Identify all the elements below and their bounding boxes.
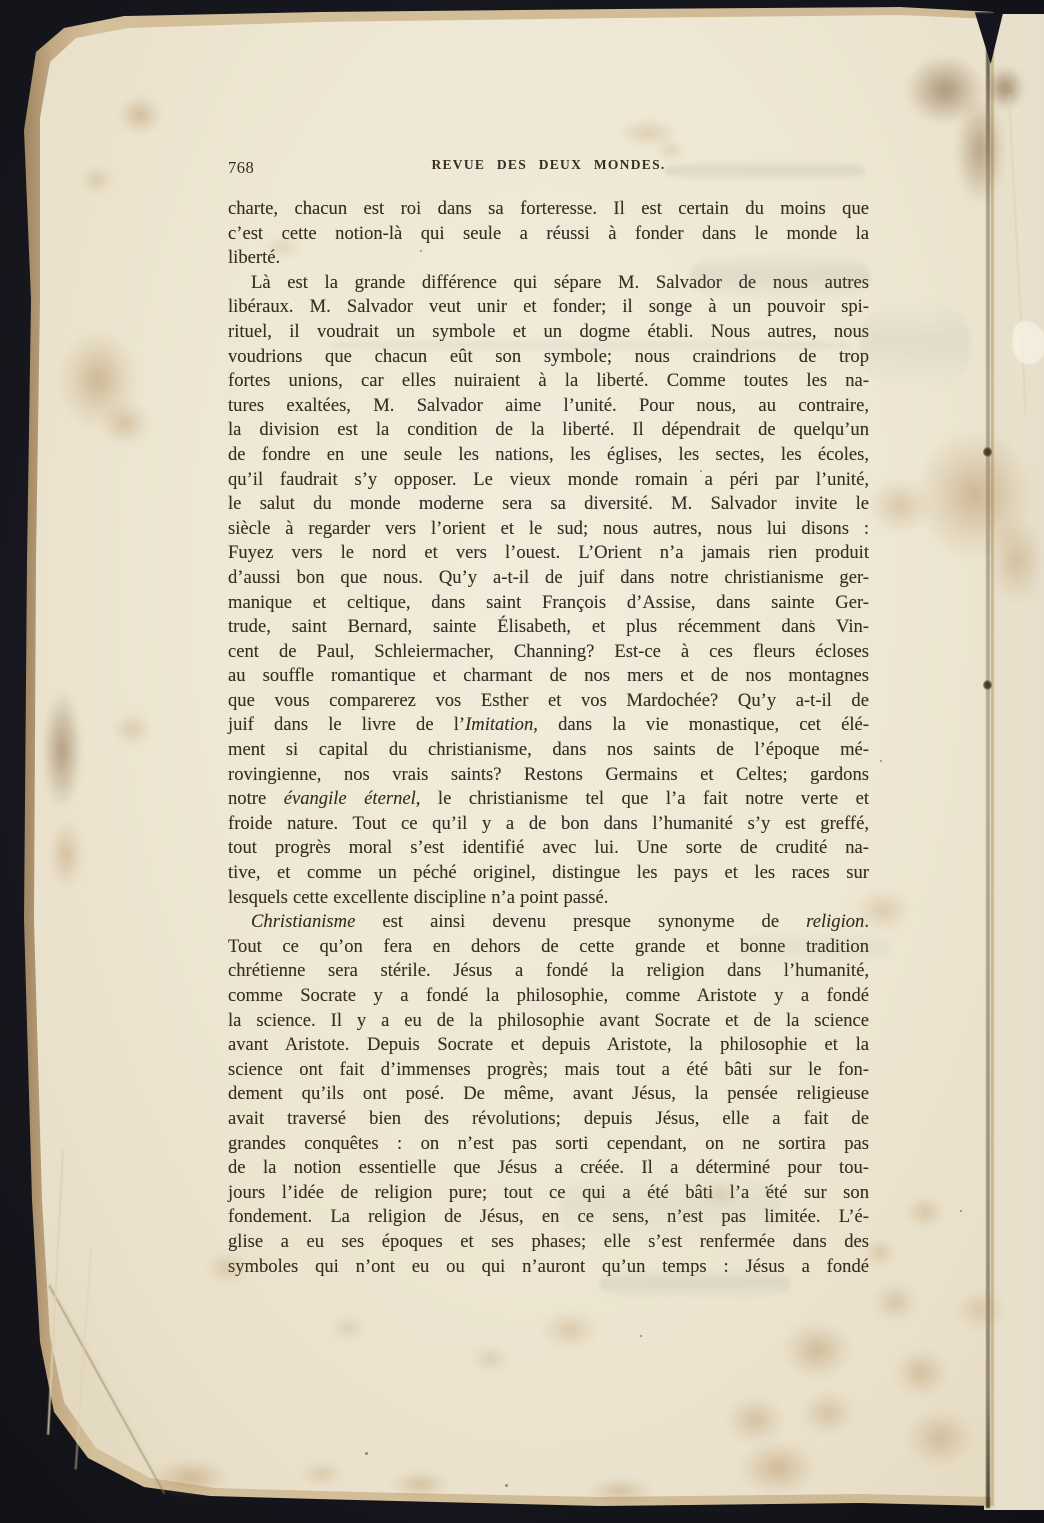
italic-text: Christianisme — [251, 911, 355, 932]
binding-stitch-knot — [983, 680, 992, 690]
text-segment: dement qu’ils ont posé. De même, avant J… — [228, 1083, 869, 1104]
text-segment: Fuyez vers le nord et vers l’ouest. L’Or… — [228, 542, 869, 563]
stain — [540, 1310, 600, 1350]
stain — [585, 1478, 655, 1504]
text-line: fortes unions, car elles nuiraient à la … — [228, 369, 869, 394]
text-segment: siècle à regarder vers l’orient et le su… — [228, 518, 869, 539]
text-line: juif dans le livre de l’Imitation, dans … — [228, 713, 869, 738]
show-through-text — [690, 252, 870, 302]
paper-speck — [520, 905, 522, 907]
stain — [48, 820, 84, 890]
text-segment: tive, et comme un péché originel, distin… — [228, 862, 869, 883]
paper-speck — [420, 250, 422, 252]
stain — [262, 235, 302, 259]
text-segment: manique et celtique, dans saint François… — [228, 592, 869, 613]
stain — [893, 1348, 949, 1398]
text-segment: froide nature. Tout ce qu’il y a de bon … — [228, 813, 869, 834]
text-segment: la science. Il y a eu de la philosophie … — [228, 1010, 869, 1031]
text-segment: d’aussi bon que nous. Qu’y a-t-il de jui… — [228, 567, 869, 588]
stain — [725, 1395, 785, 1445]
text-segment: avait traversé bien des révolutions; dep… — [228, 1108, 869, 1129]
stain — [905, 1408, 975, 1468]
stain — [118, 95, 162, 135]
stain — [300, 1462, 344, 1486]
stain — [205, 1250, 249, 1286]
text-line: de fondre en une seule les nations, les … — [228, 443, 869, 468]
text-line: d’aussi bon que nous. Qu’y a-t-il de jui… — [228, 566, 869, 591]
text-line: tive, et comme un péché originel, distin… — [228, 861, 869, 886]
text-segment: trude, saint Bernard, sainte Élisabeth, … — [228, 616, 869, 637]
paper-speck — [365, 1452, 368, 1455]
text-line: ment si capital du christianisme, dans n… — [228, 738, 869, 763]
text-segment: au souffle romantique et charmant de nos… — [228, 665, 869, 686]
text-line: c’est cette notion-là qui seule a réussi… — [228, 222, 869, 247]
page-number: 768 — [228, 158, 254, 178]
scanned-book-page: 768 REVUE DES DEUX MONDES. charte, chacu… — [0, 0, 1044, 1523]
stain — [782, 1320, 852, 1380]
text-line: tures exaltées, M. Salvador aime l’unité… — [228, 394, 869, 419]
text-segment: qu’il faudrait s’y opposer. Le vieux mon… — [228, 469, 869, 490]
stain — [800, 1390, 856, 1436]
text-line: la science. Il y a eu de la philosophie … — [228, 1009, 869, 1034]
text-line: grandes conquêtes : on n’est pas sorti c… — [228, 1132, 869, 1157]
text-segment: tures exaltées, M. Salvador aime l’unité… — [228, 395, 869, 416]
text-segment: fortes unions, car elles nuiraient à la … — [228, 370, 869, 391]
text-segment: est ainsi devenu presque synonyme de — [355, 911, 806, 932]
text-line: tout progrès moral s’est identifié avec … — [228, 836, 869, 861]
text-line: la division est la condition de la liber… — [228, 418, 869, 443]
running-title: REVUE DES DEUX MONDES. — [431, 157, 665, 172]
text-line: charte, chacun est roi dans sa forteress… — [228, 197, 869, 222]
text-segment: , le christianisme tel que l’a fait notr… — [416, 788, 869, 809]
text-segment: comme Socrate y a fondé la philosophie, … — [228, 985, 869, 1006]
text-segment: de la notion essentielle que Jésus a cré… — [228, 1157, 869, 1178]
text-line: manique et celtique, dans saint François… — [228, 591, 869, 616]
paper-speck — [700, 470, 702, 472]
text-line: lesquels cette excellente discipline n’a… — [228, 886, 869, 911]
stain — [868, 478, 932, 534]
paper-speck — [810, 620, 812, 622]
stain — [330, 1315, 366, 1341]
text-segment: rovingienne, nos vrais saints? Restons G… — [228, 764, 869, 785]
paper-speck — [765, 1186, 768, 1189]
show-through-text — [665, 160, 865, 182]
stain — [80, 165, 114, 195]
text-segment: que vous comparerez vos Esther et vos Ma… — [228, 690, 869, 711]
text-line: que vous comparerez vos Esther et vos Ma… — [228, 689, 869, 714]
text-segment: science ont fait d’immenses progrès; mai… — [228, 1059, 869, 1080]
stain — [955, 95, 1005, 205]
text-line: comme Socrate y a fondé la philosophie, … — [228, 984, 869, 1009]
stain — [112, 712, 152, 746]
text-line: le salut du monde moderne sera sa divers… — [228, 492, 869, 517]
stain — [100, 400, 150, 446]
italic-text: Imitation — [465, 714, 533, 735]
text-line: avait traversé bien des révolutions; dep… — [228, 1107, 869, 1132]
text-segment: c’est cette notion-là qui seule a réussi… — [228, 223, 869, 244]
text-segment: glise a eu ses époques et ses phases; el… — [228, 1231, 869, 1252]
text-line: science ont fait d’immenses progrès; mai… — [228, 1058, 869, 1083]
text-segment: tout progrès moral s’est identifié avec … — [228, 837, 869, 858]
show-through-text — [740, 930, 890, 966]
text-segment: charte, chacun est roi dans sa forteress… — [228, 198, 869, 219]
text-line: de la notion essentielle que Jésus a cré… — [228, 1156, 869, 1181]
text-segment: la division est la condition de la liber… — [228, 419, 869, 440]
body-text: charte, chacun est roi dans sa forteress… — [228, 197, 869, 1279]
paper-speck — [960, 1210, 962, 1212]
paper-speck — [880, 760, 882, 762]
stain — [470, 1345, 510, 1373]
show-through-text — [600, 1268, 790, 1300]
stain — [855, 888, 911, 932]
stain — [990, 515, 1044, 605]
text-line: siècle à regarder vers l’orient et le su… — [228, 517, 869, 542]
text-line: cent de Paul, Schleiermacher, Channing? … — [228, 640, 869, 665]
text-line: au souffle romantique et charmant de nos… — [228, 664, 869, 689]
binding-stitch-knot — [983, 447, 992, 457]
stain — [955, 1288, 1005, 1332]
stain — [738, 1440, 818, 1496]
text-segment: juif dans le livre de l’ — [228, 714, 465, 735]
text-line: froide nature. Tout ce qu’il y a de bon … — [228, 812, 869, 837]
stain — [42, 690, 82, 810]
text-line: dement qu’ils ont posé. De même, avant J… — [228, 1082, 869, 1107]
text-segment: , dans la vie monastique, cet élé- — [533, 714, 869, 735]
text-line: notre évangile éternel, le christianisme… — [228, 787, 869, 812]
text-segment: de fondre en une seule les nations, les … — [228, 444, 869, 465]
text-segment: cent de Paul, Schleiermacher, Channing? … — [228, 641, 869, 662]
show-through-text — [330, 338, 850, 353]
paper-speck — [300, 700, 302, 702]
text-segment: le salut du monde moderne sera sa divers… — [228, 493, 869, 514]
text-line: rovingienne, nos vrais saints? Restons G… — [228, 763, 869, 788]
show-through-text — [860, 300, 970, 390]
stain — [390, 1470, 450, 1498]
paper-speck — [640, 1335, 642, 1337]
text-segment: ment si capital du christianisme, dans n… — [228, 739, 869, 760]
text-line: trude, saint Bernard, sainte Élisabeth, … — [228, 615, 869, 640]
text-segment: lesquels cette excellente discipline n’a… — [228, 887, 608, 908]
text-line: avant Aristote. Depuis Socrate et depuis… — [228, 1033, 869, 1058]
italic-text: évangile éternel — [284, 788, 416, 809]
stain — [985, 66, 1025, 110]
text-segment: grandes conquêtes : on n’est pas sorti c… — [228, 1133, 869, 1154]
text-line: glise a eu ses époques et ses phases; el… — [228, 1230, 869, 1255]
text-segment: notre — [228, 788, 284, 809]
stain — [862, 1238, 898, 1268]
page-gutter-crease — [986, 16, 990, 1508]
text-line: qu’il faudrait s’y opposer. Le vieux mon… — [228, 468, 869, 493]
stain — [872, 1282, 918, 1322]
text-segment: avant Aristote. Depuis Socrate et depuis… — [228, 1034, 869, 1055]
show-through-text — [560, 1168, 780, 1248]
paper-speck — [505, 1484, 508, 1487]
stain — [905, 1195, 945, 1229]
paper-speck — [250, 1120, 252, 1122]
text-line: Fuyez vers le nord et vers l’ouest. L’Or… — [228, 541, 869, 566]
stain — [655, 140, 685, 160]
